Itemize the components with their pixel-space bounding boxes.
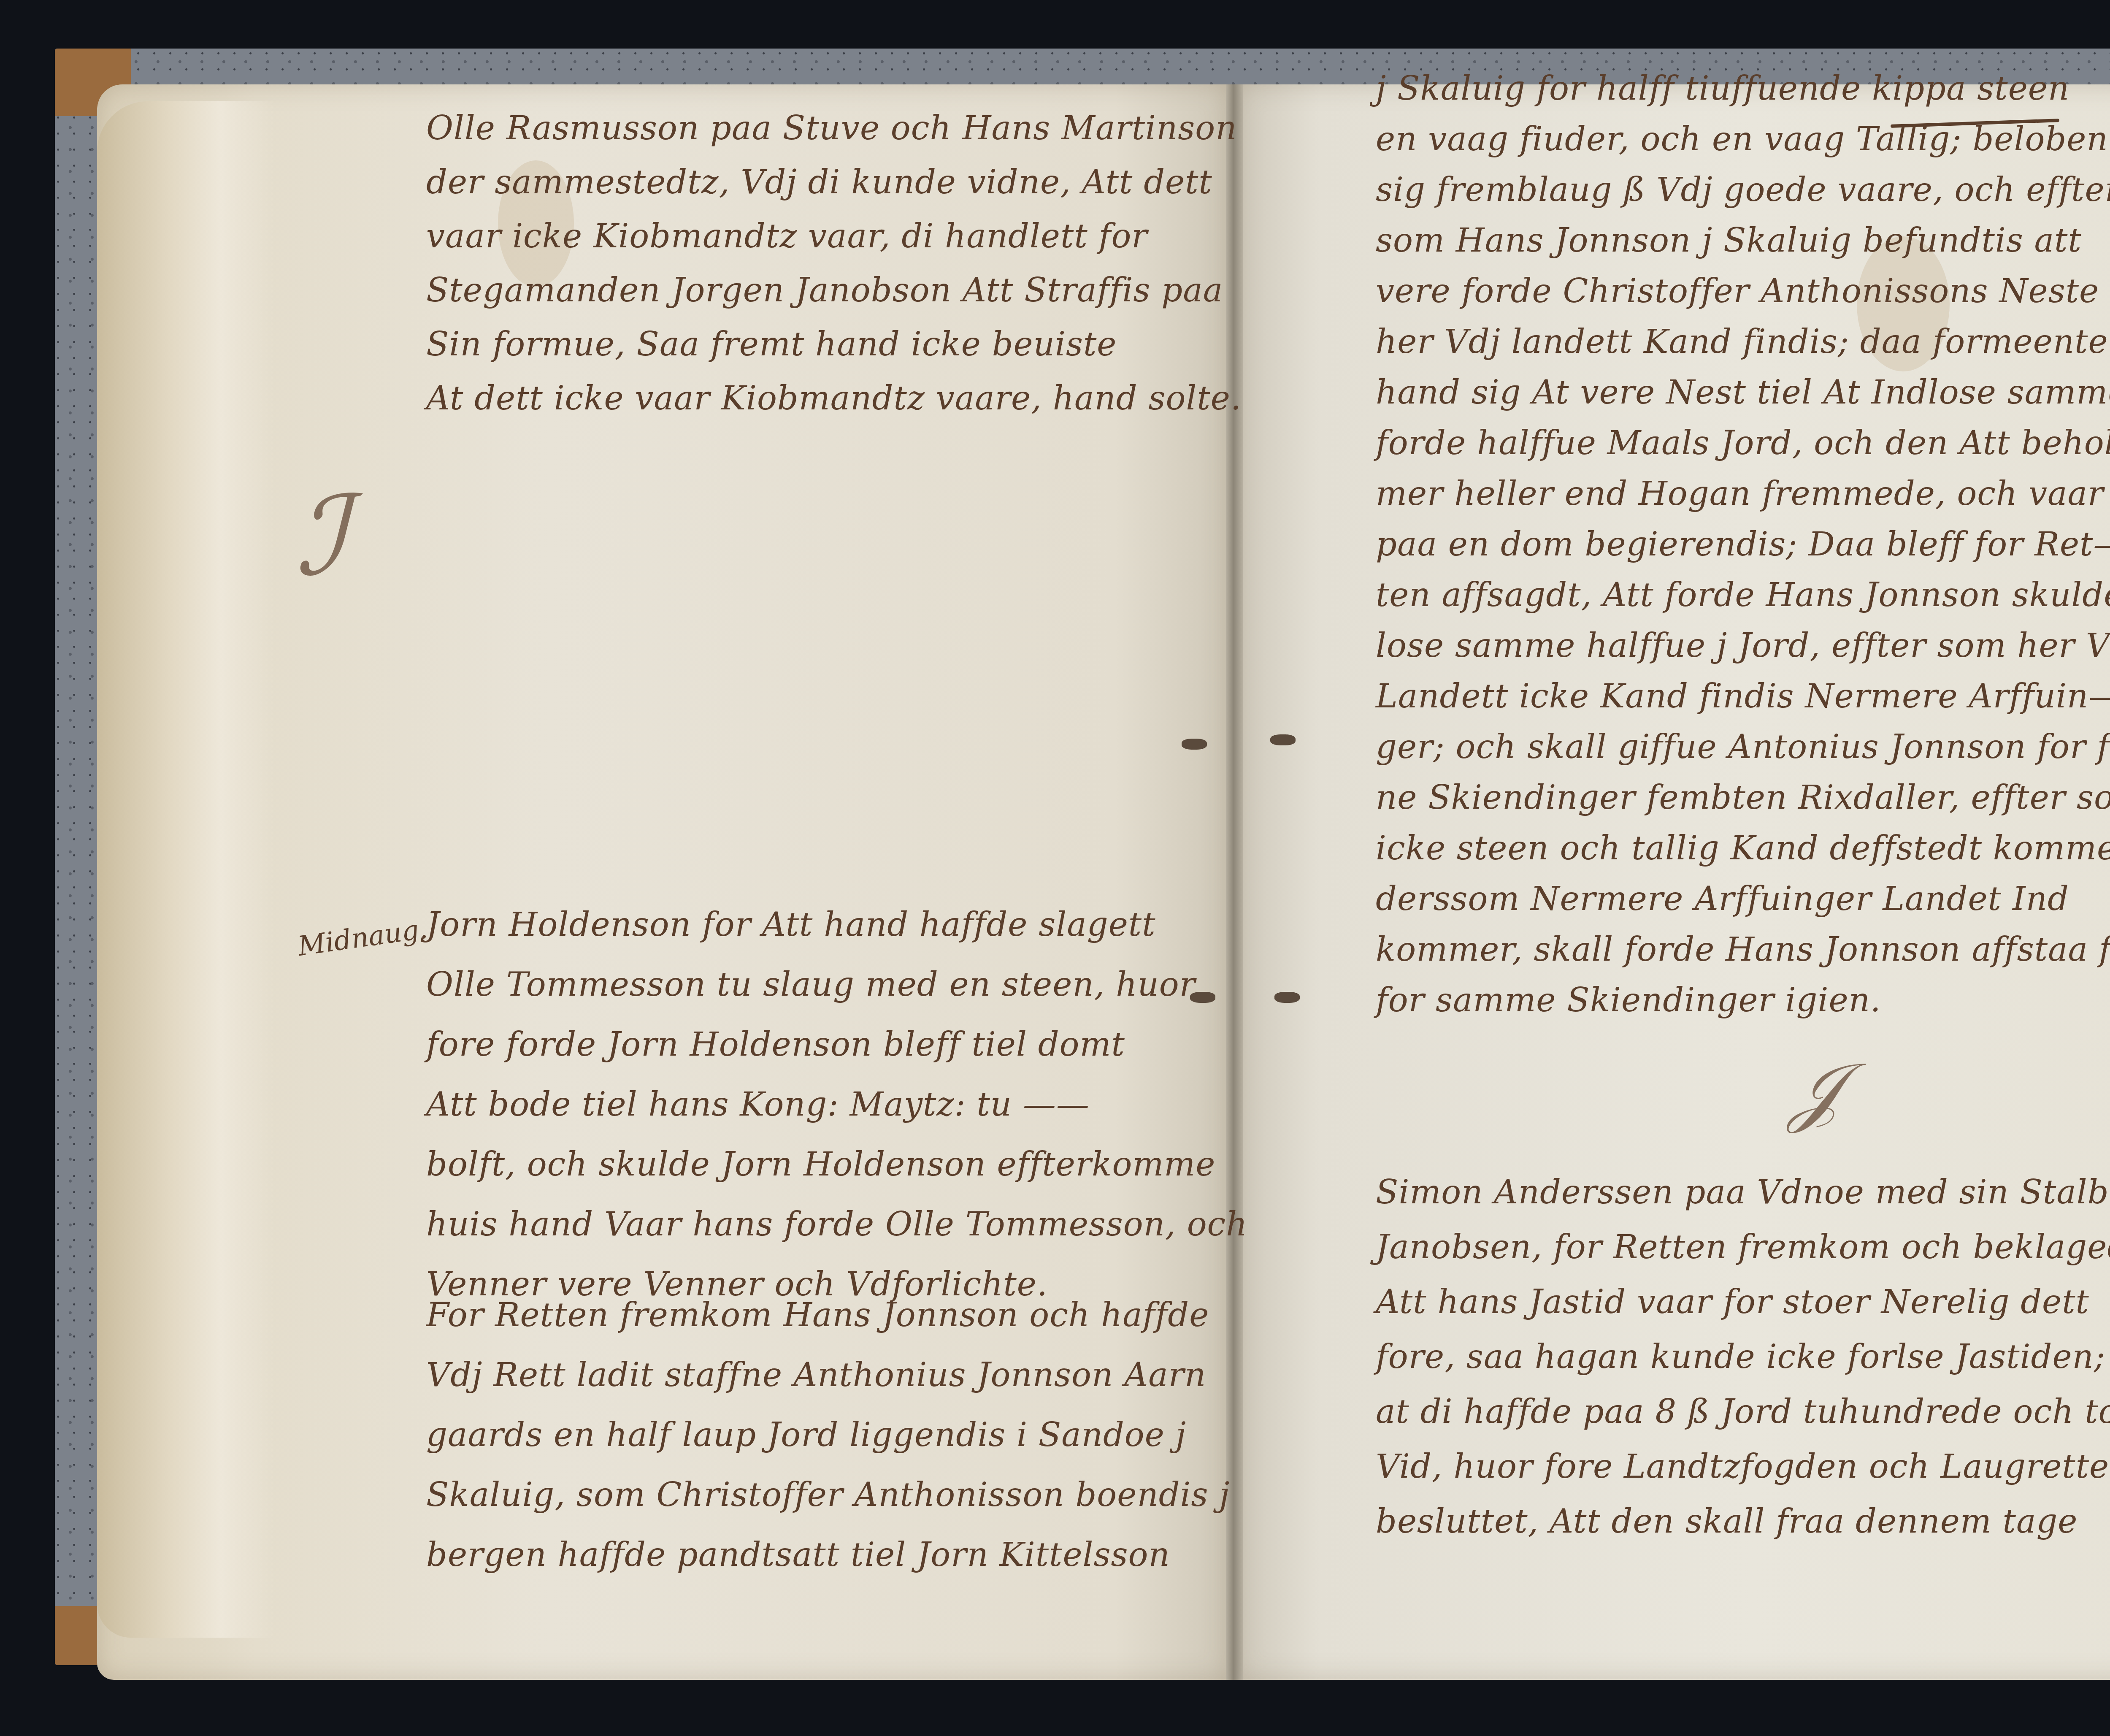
text-line: besluttet, Att den skall fraa dennem tag…: [1376, 1494, 2110, 1549]
left-entry-3: For Retten fremkom Hans Jonnson och haff…: [426, 1285, 1230, 1585]
text-line: en vaag fiuder, och en vaag Tallig; belo…: [1376, 114, 2110, 165]
text-line: ten affsagdt, Att forde Hans Jonnson sku…: [1376, 570, 2110, 620]
left-entry-2: Jorn Holdenson for Att hand haffde slage…: [426, 895, 1248, 1314]
text-line: Vdj Rett ladit staffne Anthonius Jonnson…: [426, 1345, 1230, 1405]
paper-tear: [1270, 734, 1296, 745]
text-line: der sammestedtz, Vdj di kunde vidne, Att…: [426, 155, 1242, 209]
text-line: her Vdj landett Kand findis; daa formeen…: [1376, 317, 2110, 367]
text-line: Sin formue, Saa fremt hand icke beuiste: [426, 317, 1242, 371]
paper-tear: [1274, 992, 1300, 1003]
ink-flourish: ℐ: [295, 473, 347, 600]
text-line: Landett icke Kand findis Nermere Arffuin…: [1376, 671, 2110, 722]
paper-tear: [1182, 739, 1207, 750]
text-line: gaards en half laup Jord liggendis i San…: [426, 1405, 1230, 1465]
text-line: huis hand Vaar hans forde Olle Tommesson…: [426, 1194, 1248, 1254]
text-line: bergen haffde pandtsatt tiel Jorn Kittel…: [426, 1525, 1230, 1585]
text-line: ger; och skall giffue Antonius Jonnson f…: [1376, 722, 2110, 772]
text-line: mer heller end Hogan fremmede, och vaar …: [1376, 469, 2110, 519]
text-line: kommer, skall forde Hans Jonnson affstaa…: [1376, 924, 2110, 975]
text-line: Att hans Jastid vaar for stoer Nerelig d…: [1376, 1275, 2110, 1330]
text-line: hand sig At vere Nest tiel At Indlose sa…: [1376, 367, 2110, 418]
text-line: At dett icke vaar Kiobmandtz vaare, hand…: [426, 371, 1242, 425]
text-line: Olle Rasmusson paa Stuve och Hans Martin…: [426, 101, 1242, 155]
page-stack-edge: [97, 101, 274, 1638]
text-line: Stegamanden Jorgen Janobson Att Straffis…: [426, 263, 1242, 317]
text-line: j Skaluig for halff tiuffuende kippa ste…: [1376, 63, 2110, 114]
text-line: derssom Nermere Arffuinger Landet Ind: [1376, 874, 2110, 924]
text-line: Olle Tommesson tu slaug med en steen, hu…: [426, 955, 1248, 1015]
right-entry-1: j Skaluig for halff tiuffuende kippa ste…: [1376, 63, 2110, 1026]
right-entry-2: Simon Anderssen paa Vdnoe med sin Stalbr…: [1376, 1165, 2110, 1549]
text-line: for samme Skiendinger igien.: [1376, 975, 2110, 1026]
text-line: icke steen och tallig Kand deffstedt kom…: [1376, 823, 2110, 874]
text-line: fore forde Jorn Holdenson bleff tiel dom…: [426, 1015, 1248, 1075]
text-line: vaar icke Kiobmandtz vaar, di handlett f…: [426, 209, 1242, 263]
text-line: paa en dom begierendis; Daa bleff for Re…: [1376, 519, 2110, 570]
text-line: lose samme halffue j Jord, effter som he…: [1376, 620, 2110, 671]
text-line: som Hans Jonnson j Skaluig befundtis att: [1376, 215, 2110, 266]
text-line: fore, saa hagan kunde icke forlse Jastid…: [1376, 1330, 2110, 1384]
ink-flourish: 𝒥: [1789, 1047, 1842, 1136]
text-line: Skaluig, som Christoffer Anthonisson boe…: [426, 1465, 1230, 1525]
text-line: Vid, huor fore Landtzfogden och Laugrett…: [1376, 1439, 2110, 1494]
text-line: ne Skiendinger fembten Rixdaller, effter…: [1376, 772, 2110, 823]
left-entry-1: Olle Rasmusson paa Stuve och Hans Martin…: [426, 101, 1242, 425]
text-line: Att bode tiel hans Kong: Maytz: tu ——: [426, 1075, 1248, 1135]
text-line: at di haffde paa 8 ß Jord tuhundrede och…: [1376, 1384, 2110, 1439]
text-line: Janobsen, for Retten fremkom och beklage…: [1376, 1220, 2110, 1275]
text-line: forde halffue Maals Jord, och den Att be…: [1376, 418, 2110, 469]
text-line: vere forde Christoffer Anthonissons Nest…: [1376, 266, 2110, 317]
text-line: Jorn Holdenson for Att hand haffde slage…: [426, 895, 1248, 955]
text-line: Simon Anderssen paa Vdnoe med sin Stalbr…: [1376, 1165, 2110, 1220]
text-line: bolft, och skulde Jorn Holdenson effterk…: [426, 1135, 1248, 1194]
text-line: sig fremblaug ß Vdj goede vaare, och eff…: [1376, 165, 2110, 215]
text-line: For Retten fremkom Hans Jonnson och haff…: [426, 1285, 1230, 1345]
